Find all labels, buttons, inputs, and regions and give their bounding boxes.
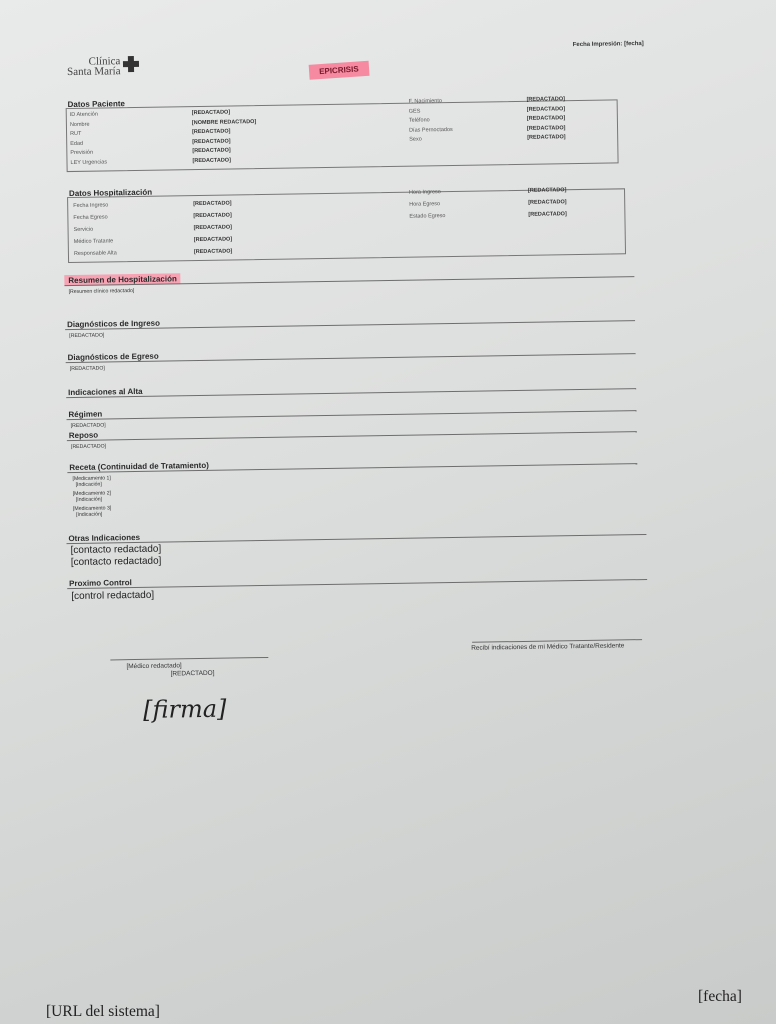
hosp-field-value: [REDACTADO] xyxy=(193,200,231,207)
patient-field-value: [REDACTADO] xyxy=(192,109,230,116)
footer-date: [fecha] xyxy=(698,988,742,1006)
patient-field-value: [REDACTADO] xyxy=(527,134,565,141)
patient-field-label: Sexo xyxy=(409,136,422,142)
hosp-field-value: [REDACTADO] xyxy=(194,248,232,255)
hosp-field-value: [REDACTADO] xyxy=(194,224,232,231)
hosp-field-value: [REDACTADO] xyxy=(194,236,232,243)
patient-field-value: [REDACTADO] xyxy=(192,147,230,154)
prescription-dose: [Indicación] xyxy=(76,497,102,503)
patient-field-label: F. Nacimiento xyxy=(409,98,442,105)
patient-field-label: Teléfono xyxy=(409,117,430,123)
hosp-field-value: [REDACTADO] xyxy=(528,211,566,218)
hosp-field-value: [REDACTADO] xyxy=(193,212,231,219)
doctor-id: [REDACTADO] xyxy=(171,671,215,678)
rest-value: [REDACTADO] xyxy=(71,443,106,450)
hosp-field-label: Fecha Ingreso xyxy=(73,202,108,209)
hosp-field-value: [REDACTADO] xyxy=(528,187,566,194)
patient-field-label: Edad xyxy=(70,140,83,146)
diagnosis-out-item: [REDACTADO] xyxy=(70,365,105,372)
patient-field-value: [REDACTADO] xyxy=(192,138,230,145)
patient-field-value: [REDACTADO] xyxy=(192,157,230,164)
handwritten-signature: [firma] xyxy=(143,695,227,724)
footer-url: [URL del sistema] xyxy=(46,1003,160,1021)
patient-field-label: Previsión xyxy=(70,150,93,156)
patient-field-value: [NOMBRE REDACTADO] xyxy=(192,119,256,126)
patient-field-label: GES xyxy=(409,108,421,114)
patient-field-value: [REDACTADO] xyxy=(527,106,565,113)
other-line: [contacto redactado] xyxy=(71,544,162,556)
hosp-field-label: Hora Egreso xyxy=(409,201,440,207)
prescription-dose: [Indicación] xyxy=(76,512,102,518)
hosp-field-label: Médico Tratante xyxy=(74,238,114,245)
patient-field-label: LEY Urgencias xyxy=(70,159,107,166)
print-date: Fecha Impresión: [fecha] xyxy=(573,41,644,48)
document-sheet: Clínica Santa María Fecha Impresión: [fe… xyxy=(0,0,776,1024)
hosp-field-label: Servicio xyxy=(74,227,94,233)
patient-field-label: Nombre xyxy=(70,121,90,127)
hosp-field-label: Responsable Alta xyxy=(74,250,117,257)
patient-field-value: [REDACTADO] xyxy=(527,115,565,122)
diagnosis-in-item: [REDACTADO] xyxy=(69,332,104,339)
clinic-logo: Clínica Santa María xyxy=(67,56,121,77)
patient-field-label: ID Atención xyxy=(70,112,98,118)
hosp-field-value: [REDACTADO] xyxy=(528,199,566,206)
hosp-field-label: Hora Ingreso xyxy=(409,189,441,195)
hosp-field-label: Estado Egreso xyxy=(409,213,445,220)
receipt-label: Recibí indicaciones de mi Médico Tratant… xyxy=(471,643,624,651)
hosp-field-label: Fecha Egreso xyxy=(73,214,107,221)
next-control-value: [control redactado] xyxy=(71,590,154,602)
prescription-dose: [Indicación] xyxy=(76,482,102,488)
patient-field-value: [REDACTADO] xyxy=(527,125,565,132)
other-line: [contacto redactado] xyxy=(71,556,162,568)
patient-field-label: RUT xyxy=(70,131,81,137)
doctor-name: [Médico redactado] xyxy=(126,663,181,670)
document-title: EPICRISIS xyxy=(309,61,369,80)
patient-field-value: [REDACTADO] xyxy=(192,128,230,135)
patient-field-label: Días Pernoctados xyxy=(409,126,453,133)
patient-field-value: [REDACTADO] xyxy=(527,96,565,103)
rest-title: Reposo xyxy=(69,431,98,440)
medical-cross-icon xyxy=(123,56,139,72)
regimen-value: [REDACTADO] xyxy=(71,422,106,429)
